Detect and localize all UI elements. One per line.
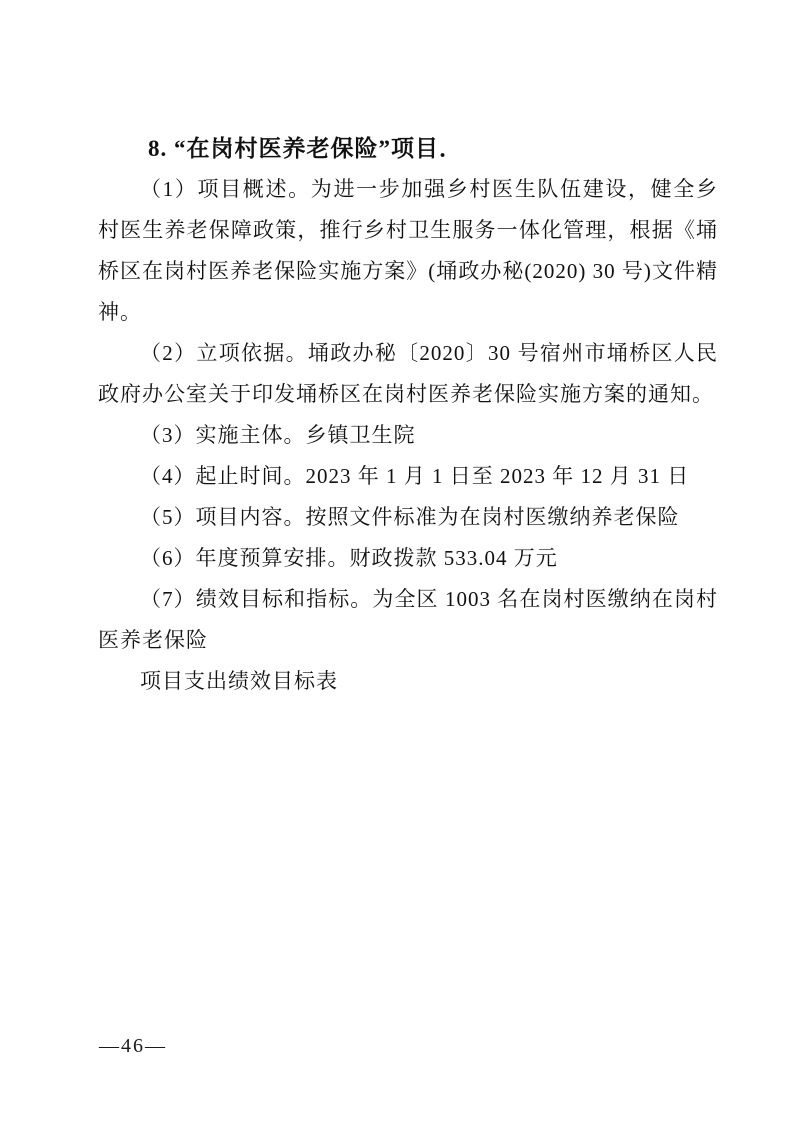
paragraph-approval-basis: （2）立项依据。埇政办秘〔2020〕30 号宿州市埇桥区人民政府办公室关于印发埇… (98, 333, 718, 415)
paragraph-implementing-body: （3）实施主体。乡镇卫生院 (98, 415, 718, 456)
section-heading: 8. “在岗村医养老保险”项目． (98, 131, 718, 167)
paragraph-time-period: （4）起止时间。2023 年 1 月 1 日至 2023 年 12 月 31 日 (98, 456, 718, 497)
document-page: 8. “在岗村医养老保险”项目． （1）项目概述。为进一步加强乡村医生队伍建设，… (0, 0, 793, 1122)
paragraph-project-content: （5）项目内容。按照文件标准为在岗村医缴纳养老保险 (98, 497, 718, 538)
paragraph-project-overview: （1）项目概述。为进一步加强乡村医生队伍建设，健全乡村医生养老保障政策，推行乡村… (98, 169, 718, 333)
paragraph-annual-budget: （6）年度预算安排。财政拨款 533.04 万元 (98, 538, 718, 579)
document-content: 8. “在岗村医养老保险”项目． （1）项目概述。为进一步加强乡村医生队伍建设，… (98, 131, 718, 702)
paragraph-performance-targets: （7）绩效目标和指标。为全区 1003 名在岗村医缴纳在岗村医养老保险 (98, 579, 718, 661)
table-caption: 项目支出绩效目标表 (98, 661, 718, 702)
page-number: —46— (99, 1035, 167, 1058)
